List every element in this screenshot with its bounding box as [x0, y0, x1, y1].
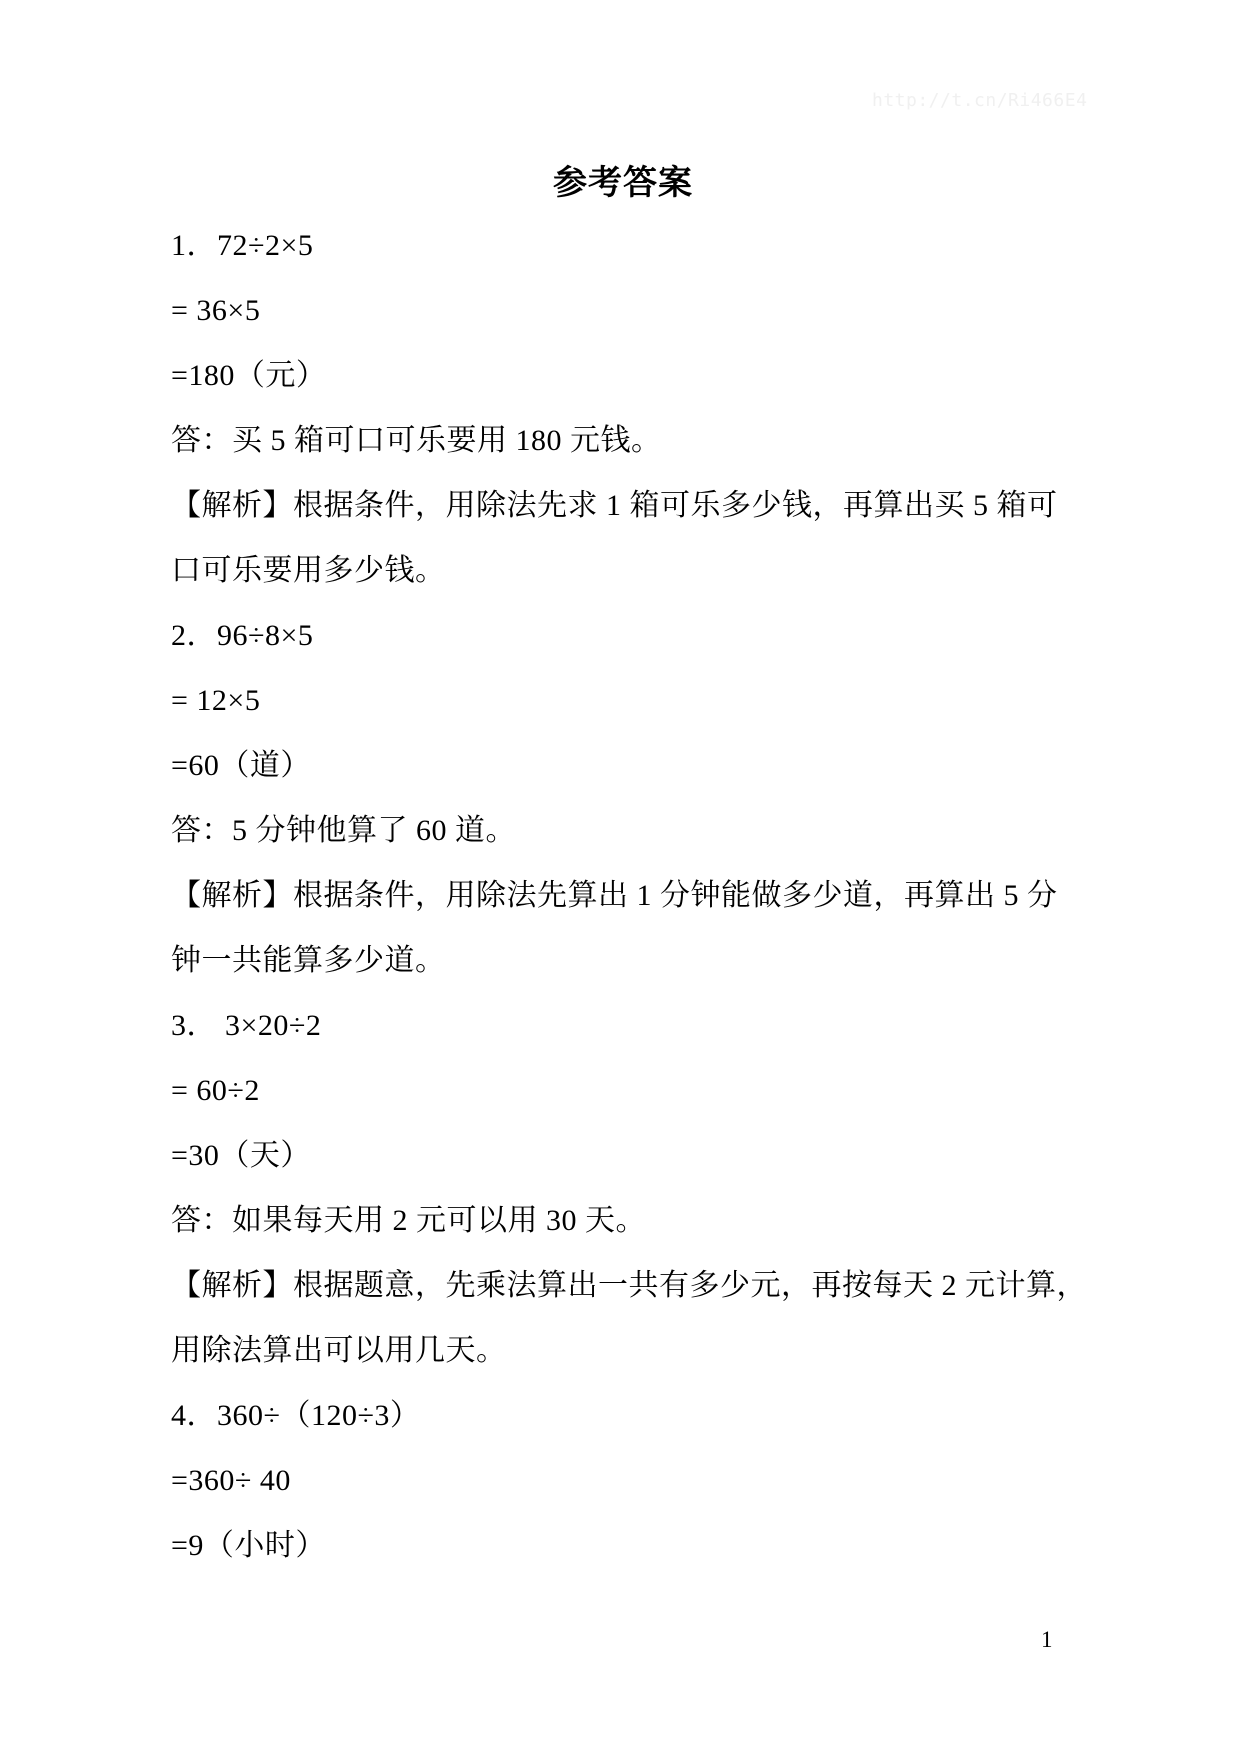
answer-line: =30（天）	[171, 1123, 1079, 1188]
answer-line: 口可乐要用多少钱。	[171, 538, 1079, 603]
answers-body: 1．72÷2×5 = 36×5 =180（元） 答：买 5 箱可口可乐要用 18…	[171, 213, 1079, 1578]
answer-line: =9（小时）	[171, 1513, 1079, 1578]
answer-line: = 36×5	[171, 278, 1079, 343]
page-title: 参考答案	[170, 163, 1076, 205]
answer-line: 【解析】根据题意，先乘法算出一共有多少元，再按每天 2 元计算，	[171, 1253, 1079, 1318]
answer-line: =180（元）	[171, 343, 1079, 408]
answer-line: 答：如果每天用 2 元可以用 30 天。	[171, 1188, 1079, 1253]
answer-line: 答：买 5 箱可口可乐要用 180 元钱。	[171, 408, 1079, 473]
answer-line: =60（道）	[171, 733, 1079, 798]
answer-line: 【解析】根据条件，用除法先求 1 箱可乐多少钱，再算出买 5 箱可	[171, 473, 1079, 538]
answer-line: 3． 3×20÷2	[171, 993, 1079, 1058]
answer-line: 用除法算出可以用几天。	[171, 1318, 1079, 1383]
document-page: http://t.cn/Ri466E4 参考答案 1．72÷2×5 = 36×5…	[0, 0, 1241, 1754]
answer-line: 1．72÷2×5	[171, 213, 1079, 278]
watermark-url: http://t.cn/Ri466E4	[872, 90, 1087, 111]
answer-line: 钟一共能算多少道。	[171, 928, 1079, 993]
answer-line: 2．96÷8×5	[171, 603, 1079, 668]
answer-line: = 60÷2	[171, 1058, 1079, 1123]
answer-line: = 12×5	[171, 668, 1079, 733]
answer-line: 4．360÷（120÷3）	[171, 1383, 1079, 1448]
page-number: 1	[1041, 1627, 1053, 1653]
answer-line: 答：5 分钟他算了 60 道。	[171, 798, 1079, 863]
answer-line: 【解析】根据条件，用除法先算出 1 分钟能做多少道，再算出 5 分	[171, 863, 1079, 928]
answer-line: =360÷ 40	[171, 1448, 1079, 1513]
